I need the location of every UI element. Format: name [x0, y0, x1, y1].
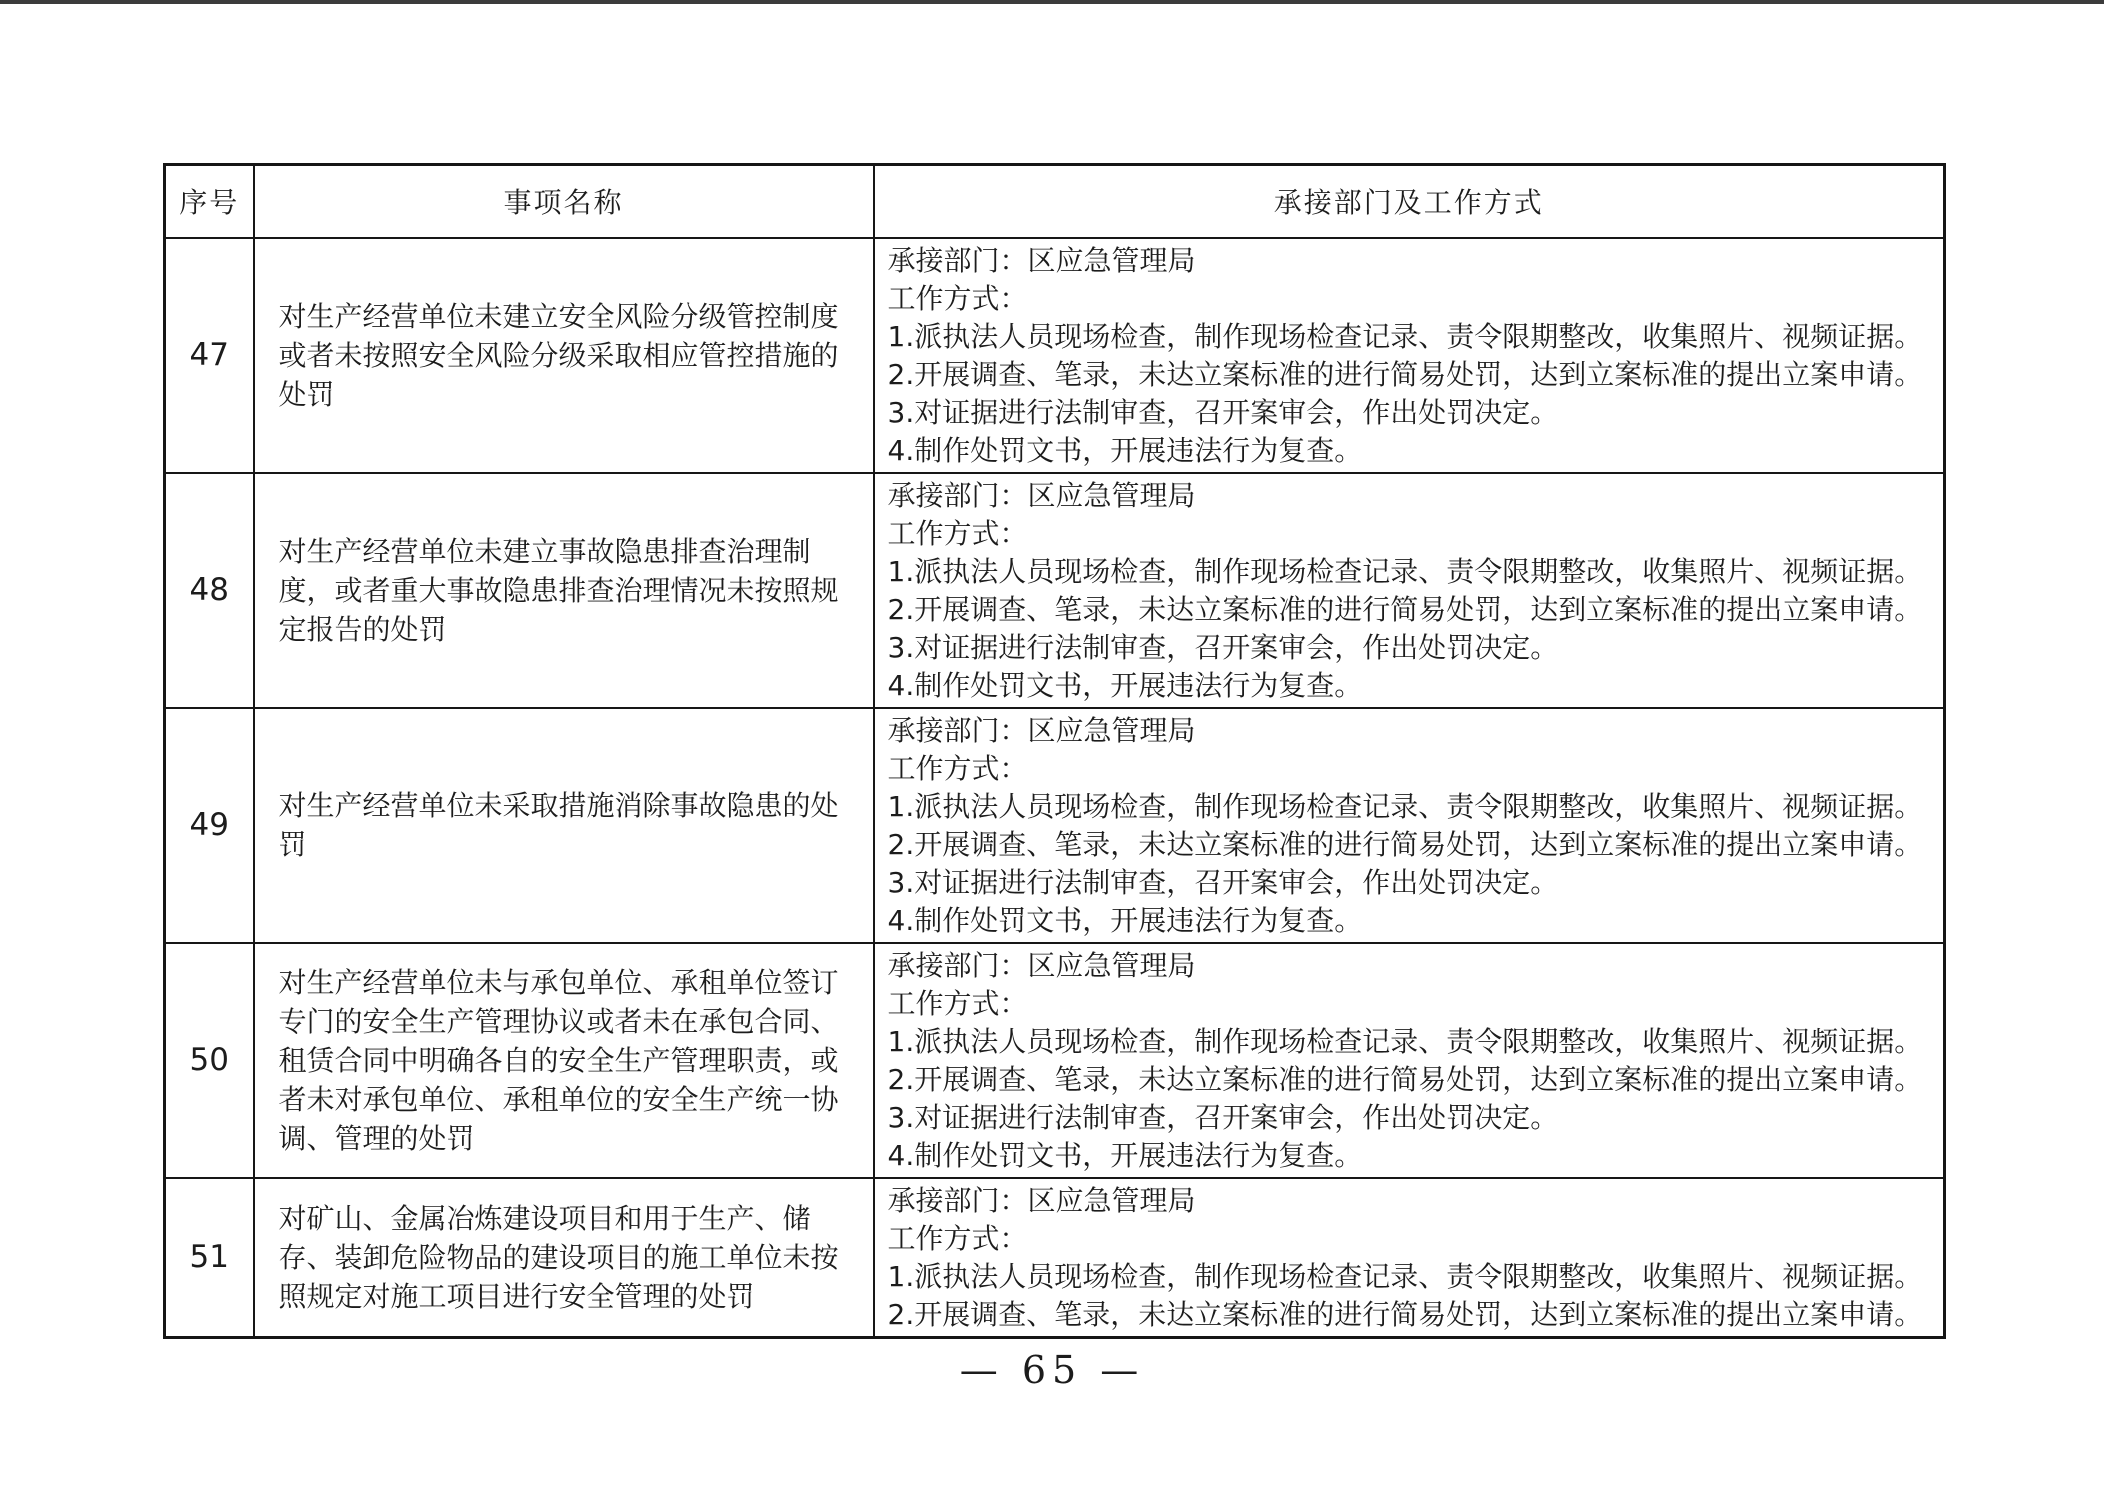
item-name-text: 对生产经营单位未采取措施消除事故隐患的处罚 — [254, 708, 874, 943]
dept-method-cell: 承接部门：区应急管理局 工作方式： 1.派执法人员现场检查，制作现场检查记录、责… — [874, 1178, 1945, 1338]
method-label-line: 工作方式： — [888, 280, 1940, 318]
table-header-row: 序号 事项名称 承接部门及工作方式 — [165, 165, 1945, 238]
method-label-line: 工作方式： — [888, 750, 1940, 788]
step-line: 1.派执法人员现场检查，制作现场检查记录、责令限期整改，收集照片、视频证据。 — [888, 318, 1940, 356]
step-line: 2.开展调查、笔录，未达立案标准的进行简易处罚，达到立案标准的提出立案申请。 — [888, 591, 1940, 629]
dept-method-cell: 承接部门：区应急管理局 工作方式： 1.派执法人员现场检查，制作现场检查记录、责… — [874, 238, 1945, 473]
step-line: 2.开展调查、笔录，未达立案标准的进行简易处罚，达到立案标准的提出立案申请。 — [888, 1296, 1940, 1334]
table-container: 序号 事项名称 承接部门及工作方式 47 对生产经营单位未建立安全风险分级管控制… — [163, 163, 1943, 1339]
table-row: 49 对生产经营单位未采取措施消除事故隐患的处罚 承接部门：区应急管理局 工作方… — [165, 708, 1945, 943]
header-dept-method: 承接部门及工作方式 — [874, 165, 1945, 238]
dept-line: 承接部门：区应急管理局 — [888, 712, 1940, 750]
dept-line: 承接部门：区应急管理局 — [888, 242, 1940, 280]
step-line: 1.派执法人员现场检查，制作现场检查记录、责令限期整改，收集照片、视频证据。 — [888, 553, 1940, 591]
dept-method-cell: 承接部门：区应急管理局 工作方式： 1.派执法人员现场检查，制作现场检查记录、责… — [874, 473, 1945, 708]
steps-list: 1.派执法人员现场检查，制作现场检查记录、责令限期整改，收集照片、视频证据。2.… — [888, 1023, 1940, 1175]
step-line: 4.制作处罚文书，开展违法行为复查。 — [888, 667, 1940, 705]
steps-list: 1.派执法人员现场检查，制作现场检查记录、责令限期整改，收集照片、视频证据。2.… — [888, 318, 1940, 470]
header-seq-number: 序号 — [165, 165, 254, 238]
dept-method-cell: 承接部门：区应急管理局 工作方式： 1.派执法人员现场检查，制作现场检查记录、责… — [874, 708, 1945, 943]
step-line: 4.制作处罚文书，开展违法行为复查。 — [888, 432, 1940, 470]
step-line: 4.制作处罚文书，开展违法行为复查。 — [888, 902, 1940, 940]
table-row: 51 对矿山、金属冶炼建设项目和用于生产、储存、装卸危险物品的建设项目的施工单位… — [165, 1178, 1945, 1338]
page-number: — 65 — — [0, 1348, 2104, 1392]
document-page: 序号 事项名称 承接部门及工作方式 47 对生产经营单位未建立安全风险分级管控制… — [0, 0, 2104, 1488]
table-row: 48 对生产经营单位未建立事故隐患排查治理制度，或者重大事故隐患排查治理情况未按… — [165, 473, 1945, 708]
dept-line: 承接部门：区应急管理局 — [888, 477, 1940, 515]
dept-method-cell: 承接部门：区应急管理局 工作方式： 1.派执法人员现场检查，制作现场检查记录、责… — [874, 943, 1945, 1178]
item-name-text: 对生产经营单位未与承包单位、承租单位签订专门的安全生产管理协议或者未在承包合同、… — [254, 943, 874, 1178]
row-number: 47 — [165, 238, 254, 473]
steps-list: 1.派执法人员现场检查，制作现场检查记录、责令限期整改，收集照片、视频证据。2.… — [888, 1258, 1940, 1334]
step-line: 1.派执法人员现场检查，制作现场检查记录、责令限期整改，收集照片、视频证据。 — [888, 1023, 1940, 1061]
step-line: 2.开展调查、笔录，未达立案标准的进行简易处罚，达到立案标准的提出立案申请。 — [888, 1061, 1940, 1099]
step-line: 1.派执法人员现场检查，制作现场检查记录、责令限期整改，收集照片、视频证据。 — [888, 1258, 1940, 1296]
table-row: 47 对生产经营单位未建立安全风险分级管控制度或者未按照安全风险分级采取相应管控… — [165, 238, 1945, 473]
scan-top-edge-line — [0, 0, 2104, 4]
item-name-text: 对生产经营单位未建立事故隐患排查治理制度，或者重大事故隐患排查治理情况未按照规定… — [254, 473, 874, 708]
method-label-line: 工作方式： — [888, 1220, 1940, 1258]
dept-line: 承接部门：区应急管理局 — [888, 1182, 1940, 1220]
item-name-text: 对生产经营单位未建立安全风险分级管控制度或者未按照安全风险分级采取相应管控措施的… — [254, 238, 874, 473]
step-line: 3.对证据进行法制审查，召开案审会，作出处罚决定。 — [888, 1099, 1940, 1137]
step-line: 1.派执法人员现场检查，制作现场检查记录、责令限期整改，收集照片、视频证据。 — [888, 788, 1940, 826]
steps-list: 1.派执法人员现场检查，制作现场检查记录、责令限期整改，收集照片、视频证据。2.… — [888, 553, 1940, 705]
method-label-line: 工作方式： — [888, 985, 1940, 1023]
step-line: 2.开展调查、笔录，未达立案标准的进行简易处罚，达到立案标准的提出立案申请。 — [888, 826, 1940, 864]
row-number: 48 — [165, 473, 254, 708]
table-row: 50 对生产经营单位未与承包单位、承租单位签订专门的安全生产管理协议或者未在承包… — [165, 943, 1945, 1178]
step-line: 3.对证据进行法制审查，召开案审会，作出处罚决定。 — [888, 864, 1940, 902]
method-label-line: 工作方式： — [888, 515, 1940, 553]
dept-line: 承接部门：区应急管理局 — [888, 947, 1940, 985]
matters-table: 序号 事项名称 承接部门及工作方式 47 对生产经营单位未建立安全风险分级管控制… — [163, 163, 1946, 1339]
step-line: 3.对证据进行法制审查，召开案审会，作出处罚决定。 — [888, 394, 1940, 432]
header-item-name: 事项名称 — [254, 165, 874, 238]
step-line: 4.制作处罚文书，开展违法行为复查。 — [888, 1137, 1940, 1175]
row-number: 51 — [165, 1178, 254, 1338]
row-number: 50 — [165, 943, 254, 1178]
step-line: 3.对证据进行法制审查，召开案审会，作出处罚决定。 — [888, 629, 1940, 667]
steps-list: 1.派执法人员现场检查，制作现场检查记录、责令限期整改，收集照片、视频证据。2.… — [888, 788, 1940, 940]
item-name-text: 对矿山、金属冶炼建设项目和用于生产、储存、装卸危险物品的建设项目的施工单位未按照… — [254, 1178, 874, 1338]
row-number: 49 — [165, 708, 254, 943]
step-line: 2.开展调查、笔录，未达立案标准的进行简易处罚，达到立案标准的提出立案申请。 — [888, 356, 1940, 394]
